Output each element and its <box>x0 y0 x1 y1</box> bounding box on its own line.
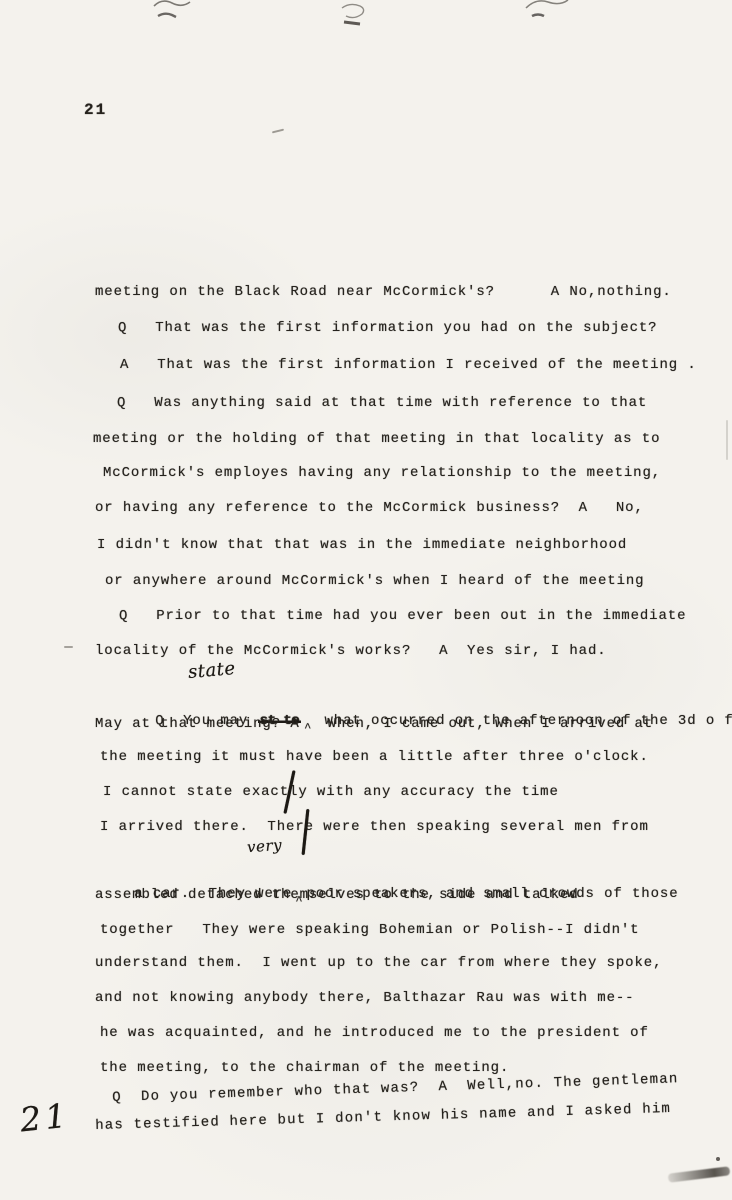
typewritten-line-skewed: Q Do you remember who that was? A Well,n… <box>112 1071 679 1106</box>
typewritten-line: and not knowing anybody there, Balthazar… <box>95 990 634 1006</box>
typewritten-line: Q Prior to that time had you ever been o… <box>119 608 686 624</box>
typewritten-line: McCormick's employes having any relation… <box>103 465 661 481</box>
page-edge-artifact <box>726 420 728 460</box>
typewritten-line-with-insertion: very a car. They were^poor speakers, and… <box>97 854 679 918</box>
ink-smudge <box>146 0 198 28</box>
typewritten-line: understand them. I went up to the car fr… <box>95 955 662 971</box>
typewritten-line: or anywhere around McCormick's when I he… <box>105 573 644 589</box>
typewritten-line: together They were speaking Bohemian or … <box>100 922 639 938</box>
handwritten-insertion-very: very <box>246 836 282 856</box>
page-number: 21 <box>84 101 107 119</box>
typewritten-line: meeting or the holding of that meeting i… <box>93 431 660 447</box>
typewritten-line: May at that meeting? A When, I came out,… <box>95 716 653 732</box>
typewritten-line: Q Was anything said at that time with re… <box>117 395 647 411</box>
ink-smudge <box>332 0 378 32</box>
stray-pen-tick <box>272 129 284 134</box>
typewritten-line: the meeting, to the chairman of the meet… <box>100 1060 509 1076</box>
handwritten-page-number: 21 <box>18 1095 72 1139</box>
typewritten-line: A That was the first information I recei… <box>120 357 697 373</box>
typewritten-line: I didn't know that that was in the immed… <box>97 537 627 553</box>
typewritten-line-with-correction: state Q You may st te^ what occurred on … <box>118 681 732 745</box>
ink-dot <box>716 1157 720 1161</box>
typewritten-line: I arrived there. There were then speakin… <box>100 819 649 835</box>
typewritten-line: Q That was the first information you had… <box>118 320 657 336</box>
stray-margin-dash <box>64 646 73 648</box>
typewritten-line: he was acquainted, and he introduced me … <box>100 1025 649 1041</box>
typewritten-line: meeting on the Black Road near McCormick… <box>95 284 672 300</box>
typewritten-line: assembled detached themselves to the sid… <box>95 887 579 903</box>
typewritten-line-skewed: has testified here but I don't know his … <box>95 1101 671 1134</box>
scanned-document-page: 21 meeting on the Black Road near McCorm… <box>0 0 732 1200</box>
typewritten-line: the meeting it must have been a little a… <box>100 749 649 765</box>
ink-streak <box>668 1166 731 1182</box>
handwritten-insertion-state: state <box>187 658 236 683</box>
ink-smudge <box>516 0 572 26</box>
typewritten-line: or having any reference to the McCormick… <box>95 500 644 516</box>
typewritten-line: I cannot state exactly with any accuracy… <box>103 784 559 800</box>
typewritten-line: locality of the McCormick's works? A Yes… <box>95 643 607 659</box>
